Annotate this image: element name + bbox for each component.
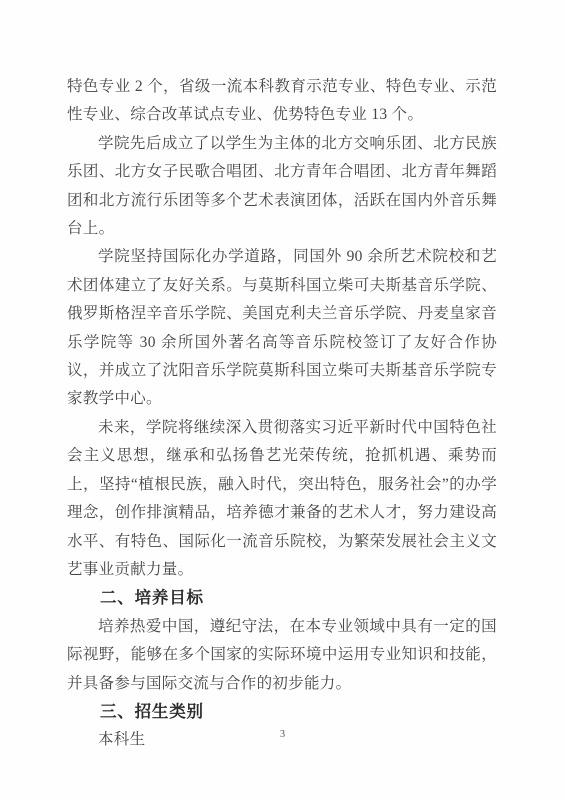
page-number: 3 (0, 729, 565, 740)
paragraph-continued: 特色专业 2 个，省级一流本科教育示范专业、特色专业、示范性专业、综合改革试点专… (67, 73, 497, 130)
paragraph-training-objectives: 培养热爱中国，遵纪守法，在本专业领域中具有一定的国际视野，能够在多个国家的实际环… (67, 613, 497, 698)
paragraph-ensembles: 学院先后成立了以学生为主体的北方交响乐团、北方民族乐团、北方女子民歌合唱团、北方… (67, 130, 497, 244)
paragraph-international: 学院坚持国际化办学道路，同国外 90 余所艺术院校和艺术团体建立了友好关系。与莫… (67, 243, 497, 413)
paragraph-future: 未来，学院将继续深入贯彻落实习近平新时代中国特色社会主义思想，继承和弘扬鲁艺光荣… (67, 414, 497, 584)
document-content: 特色专业 2 个，省级一流本科教育示范专业、特色专业、示范性专业、综合改革试点专… (67, 73, 497, 755)
document-page: 特色专业 2 个，省级一流本科教育示范专业、特色专业、示范性专业、综合改革试点专… (0, 0, 565, 800)
section-heading-training-objectives: 二、培养目标 (67, 584, 497, 612)
section-heading-enrollment-category: 三、招生类别 (67, 698, 497, 726)
